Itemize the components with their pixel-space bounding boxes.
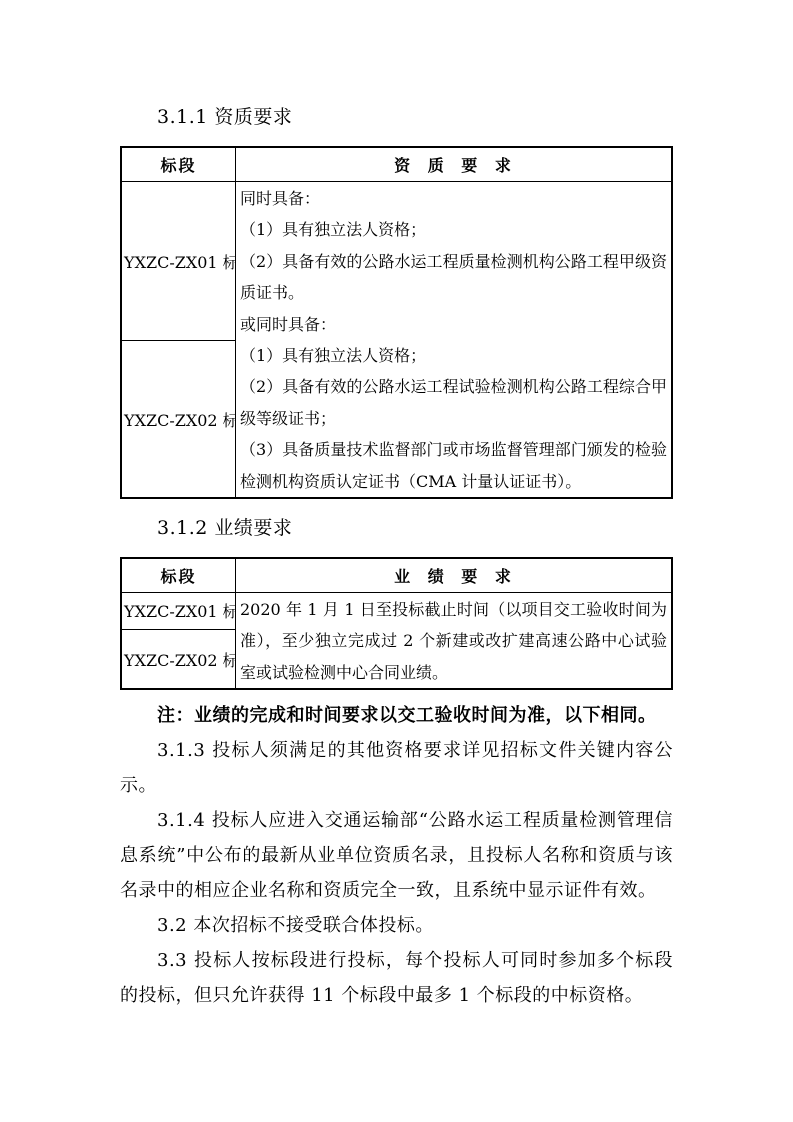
requirement-line: （2）具备有效的公路水运工程质量检测机构公路工程甲级资质证书。: [240, 246, 667, 309]
table-row: YXZC-ZX01 标段 2020 年 1 月 1 日至投标截止时间（以项目交工…: [121, 593, 672, 630]
section-label-zx02: YXZC-ZX02 标段: [121, 629, 236, 689]
requirement-line: （1）具有独立法人资格；: [240, 340, 667, 371]
requirement-line: 同时具备：: [240, 183, 667, 214]
section-label-zx01: YXZC-ZX01 标段: [121, 182, 236, 341]
section-label-zx02: YXZC-ZX02 标段: [121, 341, 236, 498]
requirement-line: 或同时具备：: [240, 309, 667, 340]
performance-table-header-section: 标段: [121, 558, 236, 593]
document-page: 3.1.1 资质要求 标段 资 质 要 求 YXZC-ZX01 标段 同时具备：…: [0, 0, 793, 1122]
section-label-zx01: YXZC-ZX01 标段: [121, 593, 236, 630]
heading-qualification: 3.1.1 资质要求: [157, 105, 673, 129]
qualification-table-header-requirement: 资 质 要 求: [236, 147, 673, 182]
page-content: 3.1.1 资质要求 标段 资 质 要 求 YXZC-ZX01 标段 同时具备：…: [0, 0, 793, 1013]
performance-table-header-requirement: 业 绩 要 求: [236, 558, 673, 593]
qualification-requirements-cell: 同时具备： （1）具有独立法人资格； （2）具备有效的公路水运工程质量检测机构公…: [236, 182, 673, 499]
requirement-line: 2020 年 1 月 1 日至投标截止时间（以项目交工验收时间为准），至少独立完…: [240, 594, 667, 688]
performance-requirement-cell: 2020 年 1 月 1 日至投标截止时间（以项目交工验收时间为准），至少独立完…: [236, 593, 673, 690]
requirement-line: （2）具备有效的公路水运工程试验检测机构公路工程综合甲级等级证书；: [240, 371, 667, 434]
paragraph-3-1-4: 3.1.4 投标人应进入交通运输部“公路水运工程质量检测管理信息系统”中公布的最…: [120, 803, 673, 908]
table-row: YXZC-ZX01 标段 同时具备： （1）具有独立法人资格； （2）具备有效的…: [121, 182, 672, 341]
table-header-row: 标段 资 质 要 求: [121, 147, 672, 182]
performance-table: 标段 业 绩 要 求 YXZC-ZX01 标段 2020 年 1 月 1 日至投…: [120, 557, 673, 690]
paragraph-3-2: 3.2 本次招标不接受联合体投标。: [120, 908, 673, 943]
qualification-table: 标段 资 质 要 求 YXZC-ZX01 标段 同时具备： （1）具有独立法人资…: [120, 146, 673, 499]
requirement-line: （1）具有独立法人资格；: [240, 214, 667, 245]
qualification-table-header-section: 标段: [121, 147, 236, 182]
paragraph-3-1-3: 3.1.3 投标人须满足的其他资格要求详见招标文件关键内容公示。: [120, 733, 673, 803]
requirement-line: （3）具备质量技术监督部门或市场监督管理部门颁发的检验检测机构资质认定证书（CM…: [240, 434, 667, 497]
note-performance-deadline: 注：业绩的完成和时间要求以交工验收时间为准，以下相同。: [120, 699, 673, 733]
paragraph-3-3: 3.3 投标人按标段进行投标，每个投标人可同时参加多个标段的投标，但只允许获得 …: [120, 943, 673, 1013]
table-header-row: 标段 业 绩 要 求: [121, 558, 672, 593]
heading-performance: 3.1.2 业绩要求: [157, 516, 673, 540]
